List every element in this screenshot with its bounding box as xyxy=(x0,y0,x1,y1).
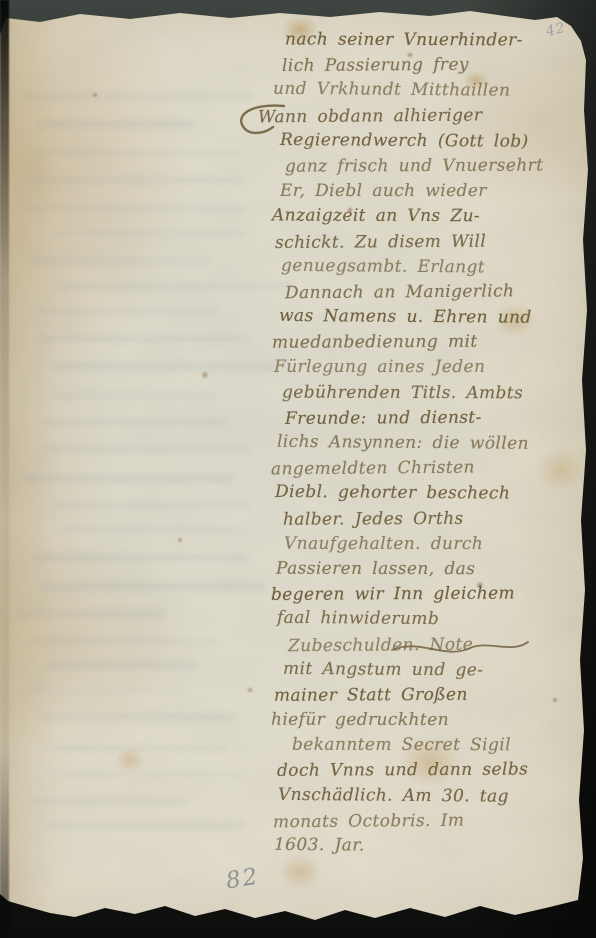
manuscript-line: mit Angstum und ge- xyxy=(283,657,578,684)
folio-number-bottom: 82 xyxy=(224,864,261,895)
bleedthrough-row xyxy=(29,177,246,183)
manuscript-line: Freunde: und dienst- xyxy=(284,405,578,432)
bleedthrough-row xyxy=(32,554,248,561)
manuscript-line: Anzaigzeit an Vns Zu- xyxy=(272,204,578,230)
bleedthrough-row xyxy=(50,393,217,398)
bleedthrough-row xyxy=(48,770,247,778)
bleedthrough-row xyxy=(59,527,240,534)
manuscript-line: Wann obdann alhieriger xyxy=(258,102,578,130)
manuscript-line: angemeldten Christen xyxy=(271,455,578,483)
bleedthrough-row xyxy=(16,609,167,617)
manuscript-line: mainer Statt Großen xyxy=(274,682,578,709)
manuscript-text: nach seiner Vnuerhinder-lich Passierung … xyxy=(278,28,578,859)
manuscript-line: ganz frisch und Vnuersehrt xyxy=(285,153,578,179)
manuscript-line: faal hinwiderumb xyxy=(276,606,578,634)
bleedthrough-row xyxy=(36,121,194,128)
manuscript-line: Zubeschulden. Note xyxy=(288,631,578,659)
manuscript-page: nach seiner Vnuerhinder-lich Passierung … xyxy=(0,0,596,938)
manuscript-line: monats Octobris. Im xyxy=(273,807,578,835)
bleedthrough-row xyxy=(54,283,295,288)
manuscript-line: gebührenden Titls. Ambts xyxy=(282,380,578,406)
bleedthrough-row xyxy=(39,582,266,590)
manuscript-line: Dannach an Manigerlich xyxy=(285,279,578,307)
manuscript-line: muedanbedienung mit xyxy=(271,330,578,357)
manuscript-line: Diebl. gehorter beschech xyxy=(275,480,578,507)
manuscript-line: Er, Diebl auch wieder xyxy=(280,179,578,204)
bleedthrough-row xyxy=(45,661,197,669)
manuscript-line: doch Vnns und dann selbs xyxy=(277,758,578,785)
manuscript-line: genuegsambt. Erlangt xyxy=(281,253,578,281)
bleedthrough-row xyxy=(18,205,244,211)
bleedthrough-row xyxy=(27,637,216,645)
manuscript-line: schickt. Zu disem Will xyxy=(275,229,578,256)
bleedthrough-row xyxy=(43,446,249,454)
bleedthrough-row xyxy=(49,822,244,829)
bleedthrough-row xyxy=(52,746,226,751)
bleedthrough-row xyxy=(39,713,237,721)
bleedthrough-row xyxy=(38,336,249,342)
manuscript-line: 1603. Jar. xyxy=(274,833,578,861)
bleedthrough-row xyxy=(27,257,211,265)
manuscript-line: begeren wir Inn gleichem xyxy=(271,581,578,608)
manuscript-line: Vnschädlich. Am 30. tag xyxy=(278,782,579,810)
manuscript-line: Fürlegung aines Jeden xyxy=(274,355,578,380)
manuscript-line: was Namens u. Ehren und xyxy=(279,304,578,331)
bleedthrough-row xyxy=(18,688,183,694)
bleedthrough-row xyxy=(33,151,240,156)
manuscript-line: Vnaufgehalten. durch xyxy=(284,532,578,558)
manuscript-line: lichs Ansynnen: die wöllen xyxy=(277,430,578,458)
bleedthrough-row xyxy=(24,474,235,482)
bleedthrough-row xyxy=(41,418,227,425)
bleedthrough-row xyxy=(31,798,188,806)
manuscript-line: hiefür gedruckhten xyxy=(271,708,578,734)
manuscript-line: nach seiner Vnuerhinder- xyxy=(285,27,578,53)
bleedthrough-row xyxy=(54,503,251,508)
manuscript-line: Passieren lassen, das xyxy=(276,557,578,583)
manuscript-line: lich Passierung frey xyxy=(282,52,579,79)
bleedthrough-row xyxy=(52,362,275,371)
bleedthrough-row xyxy=(23,92,255,101)
bleedthrough-row xyxy=(54,230,246,237)
manuscript-line: bekanntem Secret Sigil xyxy=(292,733,578,759)
manuscript-line: Regierendwerch (Gott lob) xyxy=(279,128,578,155)
bleedthrough-row xyxy=(35,309,219,314)
manuscript-line: und Vrkhundt Mitthaillen xyxy=(273,77,578,105)
manuscript-line: halber. Jedes Orths xyxy=(283,506,578,533)
scan-background: nach seiner Vnuerhinder-lich Passierung … xyxy=(0,0,596,938)
